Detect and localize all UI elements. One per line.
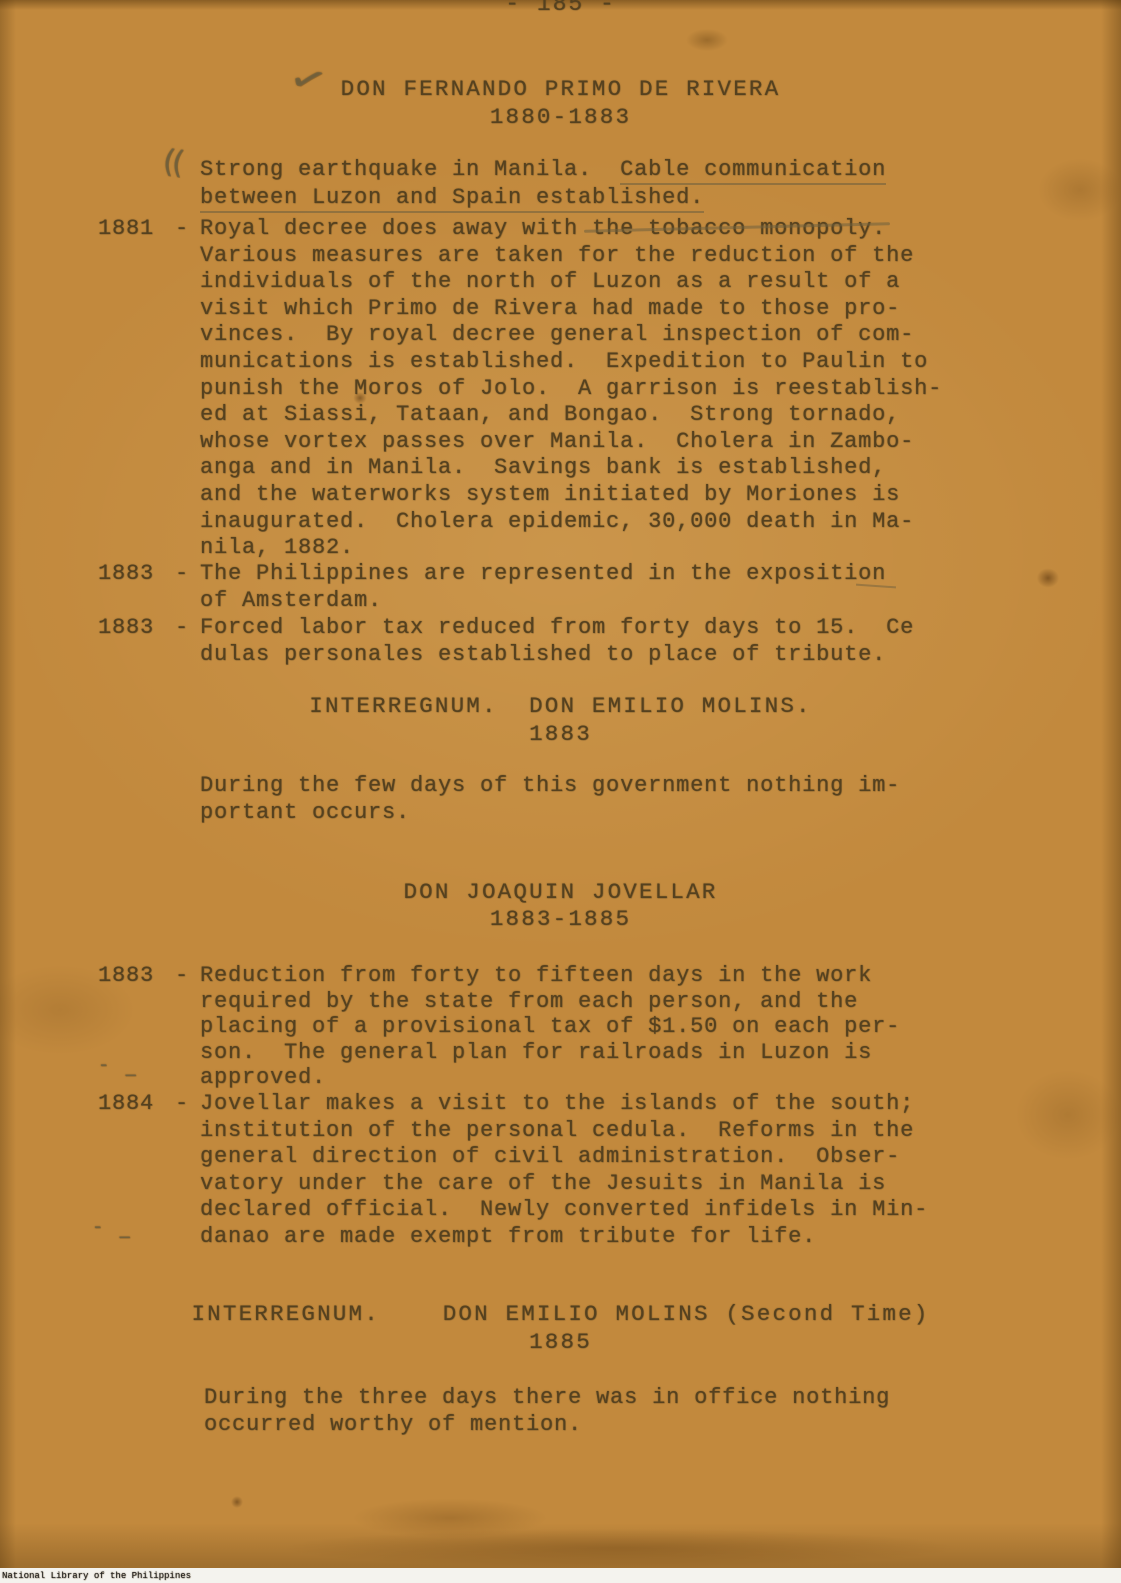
text-line: institution of the personal cedula. Refo… [200,1118,928,1145]
text-line: Various measures are taken for the reduc… [200,243,942,270]
entry-dash: - [175,216,189,241]
text-line: individuals of the north of Luzon as a r… [200,269,942,296]
entry-dash: - [175,615,189,640]
pencil-dash-mark: - _ [94,1214,136,1238]
entry-1883-reduction: 1883 - Reduction from forty to fifteen d… [98,963,900,1091]
section-years-primo-de-rivera: 1880-1883 [0,104,1121,130]
text-line: visit which Primo de Rivera had made to … [200,296,942,323]
document-page: - 185 - DON FERNANDO PRIMO DE RIVERA 188… [0,0,1121,1583]
entry-1881: 1881 - Royal decree does away with the t… [98,216,942,562]
entry-text: Royal decree does away with the tobacco … [200,216,942,562]
underlined-text: Cable communication [620,157,886,185]
section-year-interregnum-molins: 1883 [0,721,1121,747]
text-line: Reduction from forty to fifteen days in … [200,963,900,989]
text-line: During the few days of this government n… [200,772,900,799]
entry-text: Forced labor tax reduced from forty days… [200,615,914,668]
entry-year-cell: 1881 - [98,216,200,241]
entry-year: 1883 [98,963,154,988]
section-title-primo-de-rivera: DON FERNANDO PRIMO DE RIVERA [0,76,1121,102]
entry-year: 1881 [98,216,154,241]
text-line: danao are made exempt from tribute for l… [200,1224,928,1251]
entry-year: 1884 [98,1091,154,1116]
text-line: punish the Moros of Jolo. A garrison is … [200,376,942,403]
entry-year-cell: 1883 - [98,615,200,640]
text-line: whose vortex passes over Manila. Cholera… [200,429,942,456]
text-line: The Philippines are represented in the e… [200,561,886,588]
text-line: nila, 1882. [200,535,942,562]
entry-dash: - [175,1091,189,1116]
text-line: anga and in Manila. Savings bank is esta… [200,455,942,482]
text-line: between Luzon and Spain established. [200,184,886,212]
text-line: Forced labor tax reduced from forty days… [200,615,914,642]
entry-1883-exposition: 1883 - The Philippines are represented i… [98,561,886,614]
entry-dash: - [175,963,189,988]
entry-text: The Philippines are represented in the e… [200,561,886,614]
text-line: Royal decree does away with the tobacco … [200,216,942,243]
interregnum-paragraph: During the few days of this government n… [200,772,900,826]
text-line: portant occurs. [200,799,900,826]
text-line: declared official. Newly converted infid… [200,1197,928,1224]
text-line: of Amsterdam. [200,588,886,615]
entry-year-cell: 1883 - [98,963,200,988]
section-title-interregnum-molins: INTERREGNUM. DON EMILIO MOLINS. [0,693,1121,719]
underlined-text: between Luzon and Spain established. [200,185,704,213]
entry-dash: - [175,561,189,586]
text-line: munications is established. Expedition t… [200,349,942,376]
text-line: ed at Siassi, Tataan, and Bongao. Strong… [200,402,942,429]
interregnum-2-paragraph: During the three days there was in offic… [204,1384,890,1438]
section-years-jovellar: 1883-1885 [0,906,1121,932]
entry-1883-labor-tax: 1883 - Forced labor tax reduced from for… [98,615,914,668]
entry-text: Reduction from forty to fifteen days in … [200,963,900,1091]
text-line: approved. [200,1065,900,1091]
footer-strip: National Library of the Philippines [0,1568,1121,1583]
entry-year-cell: 1884 - [98,1091,200,1116]
intro-text: Strong earthquake in Manila. [200,157,620,182]
text-line: Strong earthquake in Manila. Cable commu… [200,156,886,184]
text-line: occurred worthy of mention. [204,1411,890,1438]
text-line: vinces. By royal decree general inspecti… [200,322,942,349]
text-line: general direction of civil administratio… [200,1144,928,1171]
section-year-interregnum-molins-2: 1885 [0,1329,1121,1355]
entry-year: 1883 [98,561,154,586]
text-line: dulas personales established to place of… [200,642,914,669]
pencil-struck-text: the tobacco monopoly. [592,216,886,241]
section-title-jovellar: DON JOAQUIN JOVELLAR [0,879,1121,905]
entry-text: Jovellar makes a visit to the islands of… [200,1091,928,1251]
footer-text: National Library of the Philippines [0,1571,191,1581]
entry-year-cell: 1883 - [98,561,200,586]
text-line: and the waterworks system initiated by M… [200,482,942,509]
text-line: inaugurated. Cholera epidemic, 30,000 de… [200,509,942,536]
text-line: son. The general plan for railroads in L… [200,1040,900,1066]
text-line: required by the state from each person, … [200,989,900,1015]
section-title-interregnum-molins-2: INTERREGNUM. DON EMILIO MOLINS (Second T… [0,1301,1121,1327]
page-number: - 185 - [0,0,1121,17]
text-line: placing of a provisional tax of $1.50 on… [200,1014,900,1040]
entry-year: 1883 [98,615,154,640]
text-line: Jovellar makes a visit to the islands of… [200,1091,928,1118]
text-line: During the three days there was in offic… [204,1384,890,1411]
pencil-parens-mark: (( [161,143,184,181]
entry-1884: 1884 - Jovellar makes a visit to the isl… [98,1091,928,1251]
intro-paragraph: Strong earthquake in Manila. Cable commu… [200,156,886,212]
text-line: vatory under the care of the Jesuits in … [200,1171,928,1198]
pencil-dash-mark: - _ [100,1052,142,1076]
